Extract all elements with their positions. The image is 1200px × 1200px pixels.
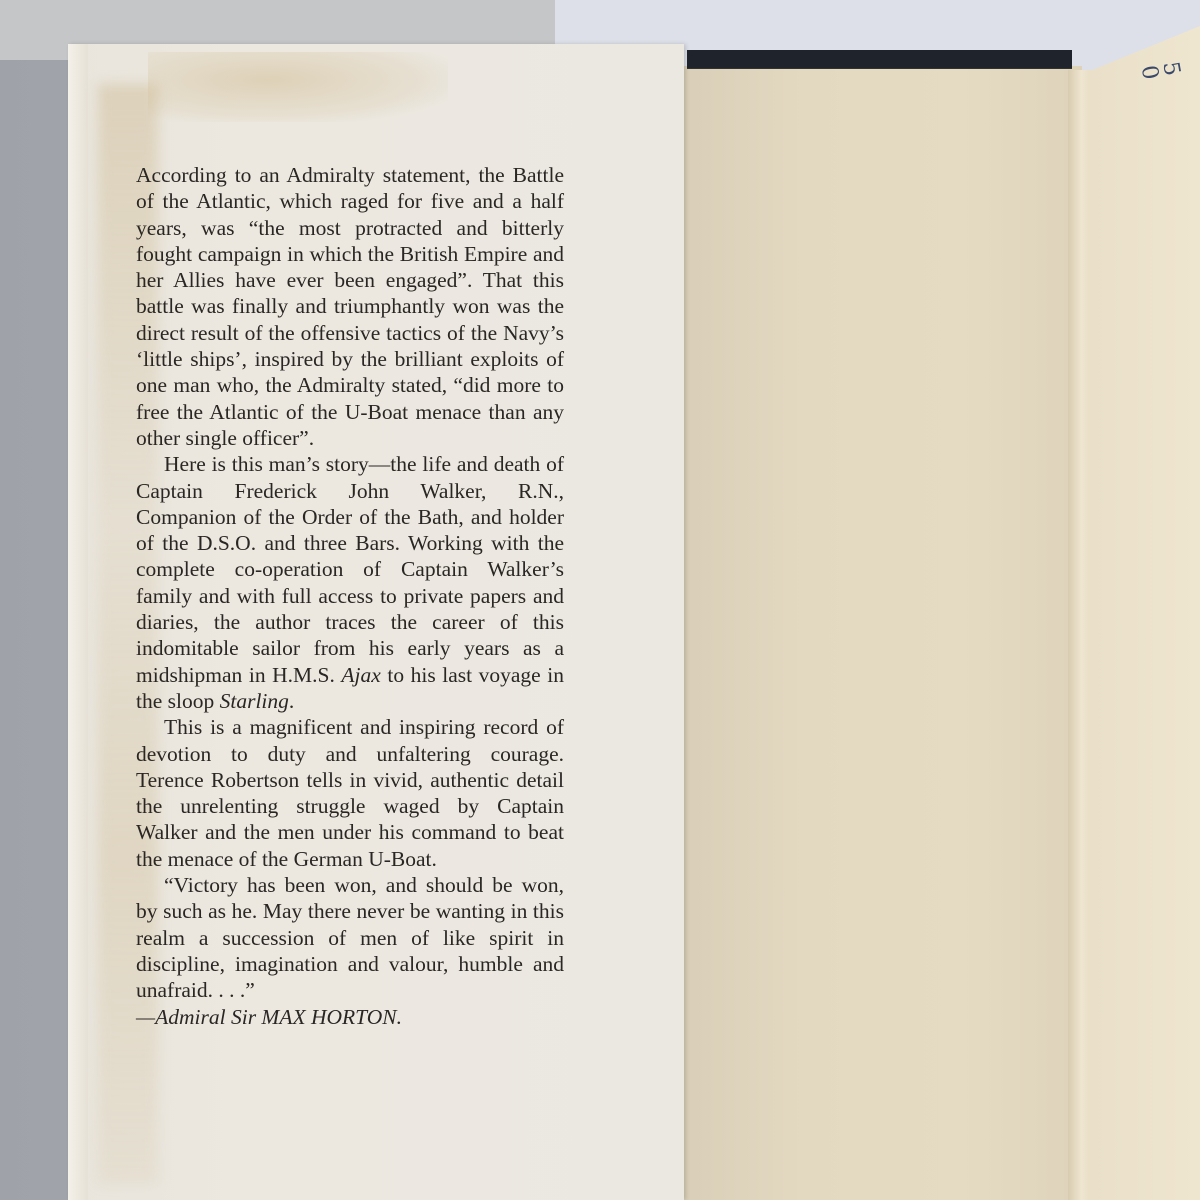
water-stain-top xyxy=(148,52,448,122)
quote-attribution: —Admiral Sir MAX HORTON. xyxy=(136,1004,564,1030)
book-front-board xyxy=(682,66,1082,1200)
ship-name-starling: Starling xyxy=(220,689,289,713)
flap-fold-edge xyxy=(68,44,88,1200)
blurb-quote: “Victory has been won, and should be won… xyxy=(136,872,564,1003)
book-cloth-spine-edge xyxy=(687,50,1072,69)
flap-blurb: According to an Admiralty statement, the… xyxy=(136,162,564,1030)
ship-name-ajax: Ajax xyxy=(341,663,380,687)
blurb-paragraph-3: This is a magnificent and inspiring reco… xyxy=(136,714,564,872)
blurb-paragraph-2: Here is this man’s story—the life and de… xyxy=(136,451,564,714)
paragraph-2-text-end: . xyxy=(289,689,294,713)
book-endpaper xyxy=(1090,26,1200,1200)
paragraph-2-text: Here is this man’s story—the life and de… xyxy=(136,452,564,686)
blurb-paragraph-1: According to an Admiralty statement, the… xyxy=(136,162,564,451)
